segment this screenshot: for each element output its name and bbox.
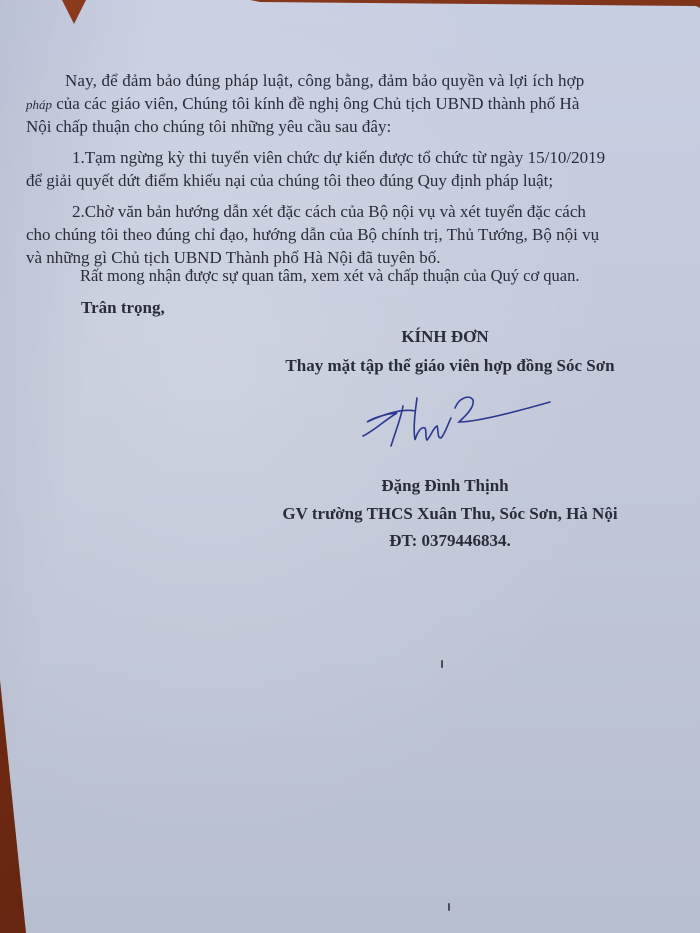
request-2-line-2: cho chúng tôi theo đúng chỉ đạo, hướng d… — [26, 224, 599, 246]
paragraph-1-line-2: pháp của các giáo viên, Chúng tôi kính đ… — [26, 93, 579, 116]
closing-request: Rất mong nhận được sự quan tâm, xem xét … — [80, 265, 580, 287]
salutation: Trân trọng, — [81, 297, 165, 319]
paragraph-1-line-2-text: của các giáo viên, Chúng tôi kính đề ngh… — [56, 94, 579, 113]
on-behalf-line: Thay mặt tập thể giáo viên hợp đồng Sóc … — [280, 355, 620, 377]
paragraph-1-line-1: Nay, để đảm bảo đúng pháp luật, công bằn… — [65, 70, 584, 92]
signer-position: GV trường THCS Xuân Thu, Sóc Sơn, Hà Nội — [280, 503, 620, 525]
request-1-line-2: để giải quyết dứt điểm khiếu nại của chú… — [26, 170, 553, 192]
table-corner — [62, 0, 86, 24]
paper-fold-shadow — [0, 0, 700, 933]
paragraph-1-line-3: Nội chấp thuận cho chúng tôi những yêu c… — [26, 116, 391, 138]
signer-phone: ĐT: 0379446834. — [370, 530, 530, 552]
request-1-line-1: 1.Tạm ngừng kỳ thi tuyển viên chức dự ki… — [72, 147, 605, 169]
request-2-line-1: 2.Chờ văn bản hướng dẫn xét đặc cách của… — [72, 201, 586, 223]
signer-name: Đặng Đình Thịnh — [370, 475, 520, 497]
signature-heading: KÍNH ĐƠN — [390, 326, 500, 348]
paper-mark — [448, 903, 450, 911]
paragraph-1-prefix: pháp — [26, 97, 52, 112]
paper-mark — [441, 660, 443, 668]
handwritten-signature — [355, 378, 555, 458]
